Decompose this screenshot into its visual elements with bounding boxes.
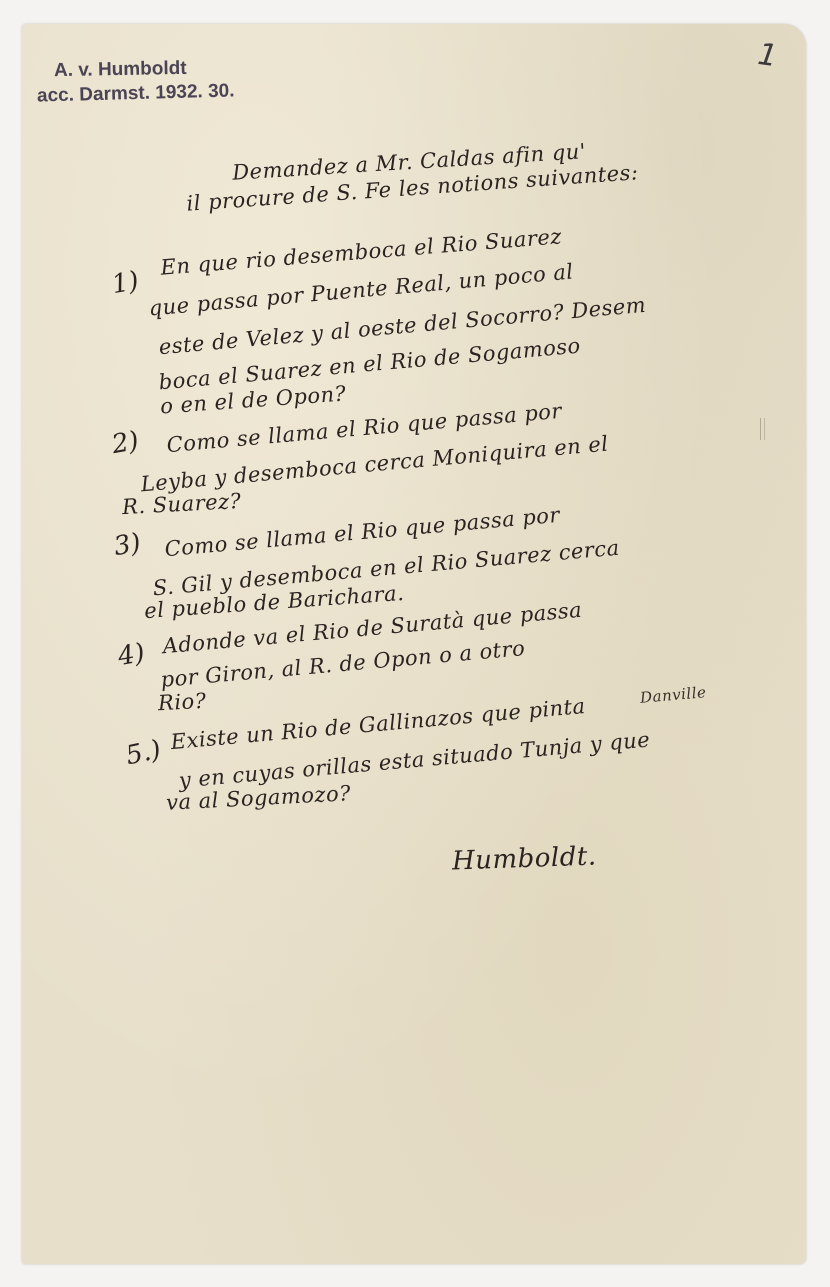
stamp-line-1: A. v. Humboldt [54,59,187,81]
item-4-line-3: Rio? [157,689,207,716]
item-1-number: 1) [110,266,141,300]
signature: Humboldt. [452,841,598,876]
ink-mark [760,418,765,440]
item-2-number: 2) [110,426,141,460]
item-3-number: 3) [112,528,143,562]
item-4-number: 4) [116,638,147,672]
